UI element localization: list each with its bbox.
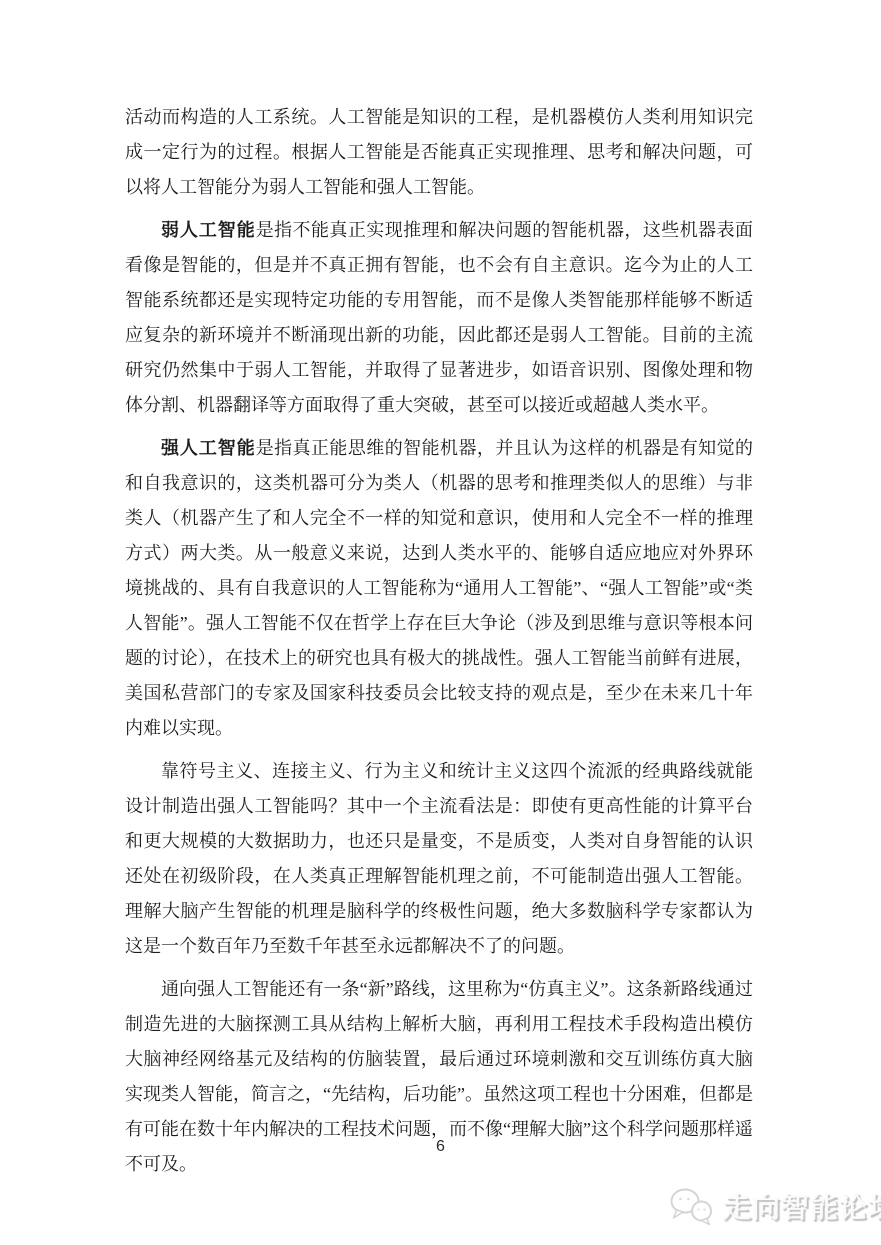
watermark: 走向智能论坛 <box>668 1186 881 1226</box>
paragraph: 活动而构造的人工系统。人工智能是知识的工程，是机器模仿人类利用知识完成一定行为的… <box>125 100 753 205</box>
paragraph-text: 靠符号主义、连接主义、行为主义和统计主义这四个流派的经典路线就能设计制造出强人工… <box>125 761 753 956</box>
paragraph-text: 是指真正能思维的智能机器，并且认为这样的机器是有知觉的和自我意识的，这类机器可分… <box>125 438 753 738</box>
paragraph-lead-bold: 弱人工智能 <box>161 220 256 240</box>
page-number: 6 <box>0 1138 881 1156</box>
paragraph: 弱人工智能是指不能真正实现推理和解决问题的智能机器，这些机器表面看像是智能的，但… <box>125 213 753 423</box>
paragraph-lead-bold: 强人工智能 <box>161 438 256 458</box>
paragraph: 强人工智能是指真正能思维的智能机器，并且认为这样的机器是有知觉的和自我意识的，这… <box>125 431 753 746</box>
paragraph-text: 活动而构造的人工系统。人工智能是知识的工程，是机器模仿人类利用知识完成一定行为的… <box>125 107 753 197</box>
chat-bubbles-icon <box>668 1186 716 1226</box>
document-page: 活动而构造的人工系统。人工智能是知识的工程，是机器模仿人类利用知识完成一定行为的… <box>0 0 881 1245</box>
paragraph-text: 是指不能真正实现推理和解决问题的智能机器，这些机器表面看像是智能的，但是并不真正… <box>125 220 753 415</box>
document-body: 活动而构造的人工系统。人工智能是知识的工程，是机器模仿人类利用知识完成一定行为的… <box>125 100 753 1182</box>
paragraph: 靠符号主义、连接主义、行为主义和统计主义这四个流派的经典路线就能设计制造出强人工… <box>125 754 753 964</box>
watermark-label: 走向智能论坛 <box>723 1186 881 1226</box>
